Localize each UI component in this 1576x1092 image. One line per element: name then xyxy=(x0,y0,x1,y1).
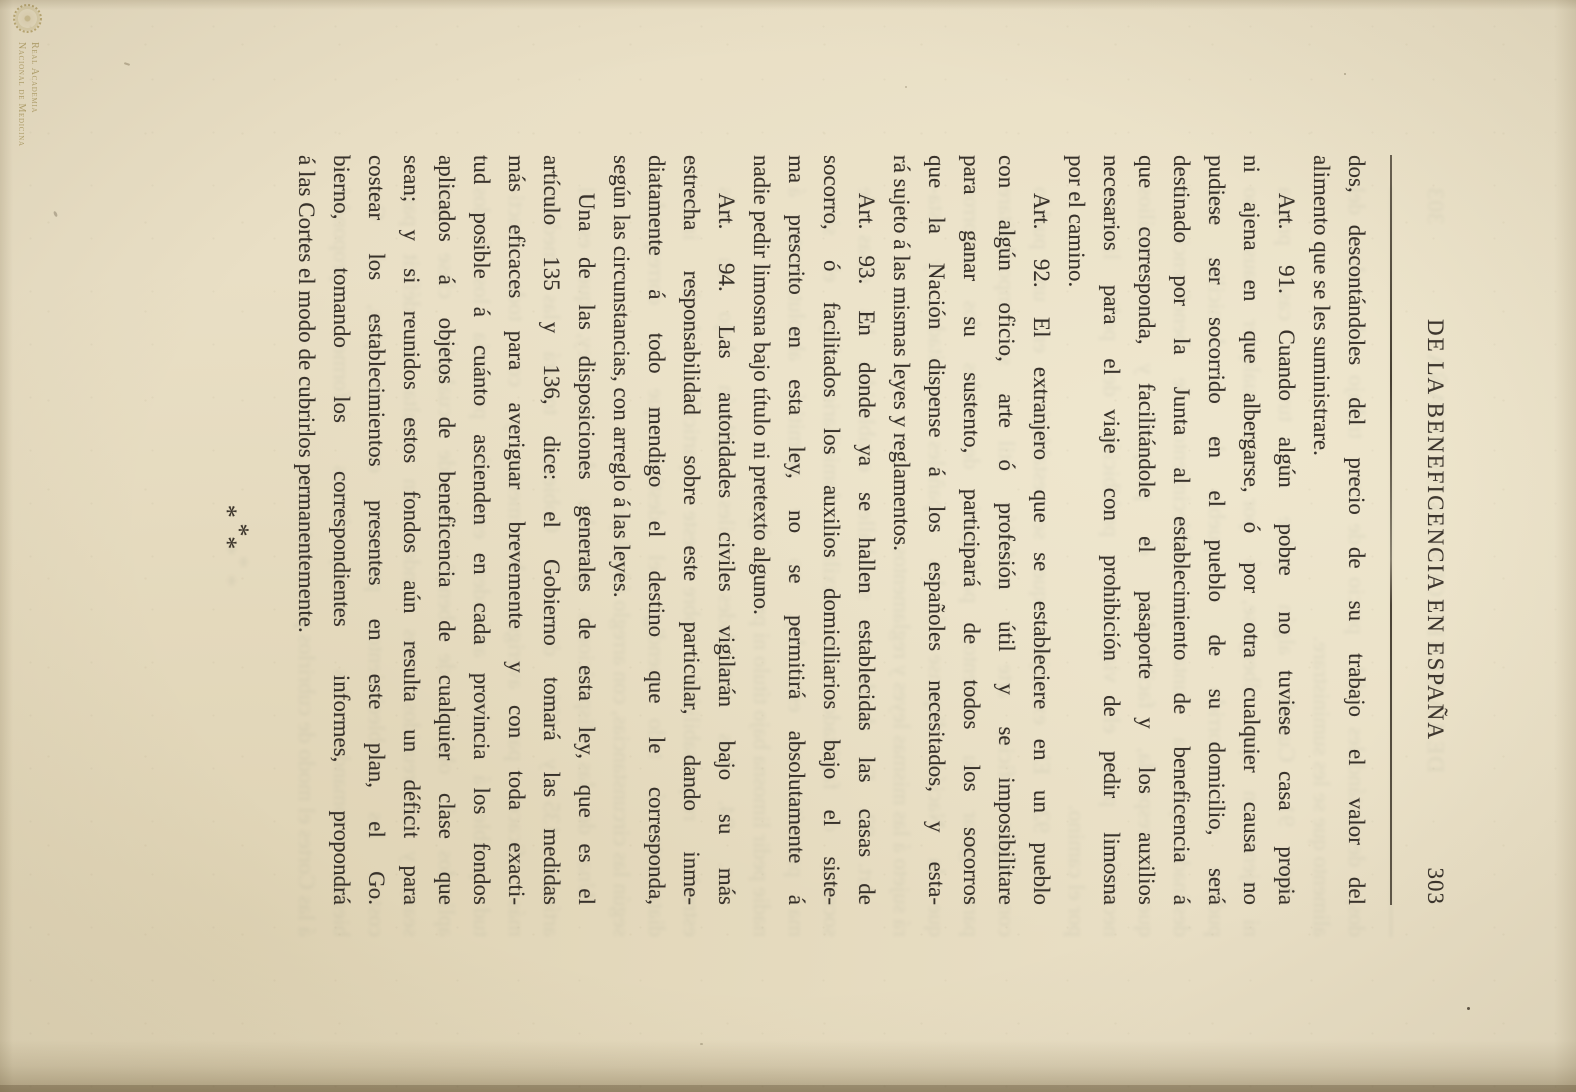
watermark-text: Real Academia Nacional de Medicina xyxy=(15,42,40,147)
watermark: Real Academia Nacional de Medicina xyxy=(13,4,42,147)
text-line: socorro, ó facilitados los auxilios domi… xyxy=(814,155,849,905)
header-rule xyxy=(1390,155,1392,905)
text-line: rá sujeto á las mismas leyes y reglament… xyxy=(884,155,919,905)
text-line: sean; y si reunidos estos fondos aún res… xyxy=(394,155,429,905)
body-text: dos, descontándoles del precio de su tra… xyxy=(222,155,1374,905)
text-line: estrecha responsabilidad sobre este part… xyxy=(674,155,709,905)
watermark-line2: Nacional de Medicina xyxy=(15,42,28,147)
page-number: 303 xyxy=(1422,868,1448,906)
text-line: según las circunstancias, con arreglo á … xyxy=(604,155,639,905)
asterism-divider: ** * xyxy=(222,155,245,905)
text-line: que la Nación dispense á los españoles n… xyxy=(919,155,954,905)
text-line: dos, descontándoles del precio de su tra… xyxy=(1339,155,1374,905)
header-title: DE LA BENEFICENCIA EN ESPAÑA xyxy=(1423,319,1448,741)
text-line: más eficaces para averiguar brevemente y… xyxy=(499,155,534,905)
text-line: Art. 92. El extranjero que se establecie… xyxy=(1024,155,1059,905)
academy-seal-icon xyxy=(13,4,42,33)
asterisk-bottom: * * xyxy=(222,155,233,905)
text-line: por el camino. xyxy=(1059,155,1094,905)
scanned-page: DE LA BENEFICENCIA EN ESPAÑA 303 dos, de… xyxy=(0,0,1576,1092)
text-line: necesarios para el viaje con prohibición… xyxy=(1094,155,1129,905)
text-line: artículo 135 y 136, dice: el Gobierno to… xyxy=(534,155,569,905)
text-line: nadie pedir limosna bajo título ni prete… xyxy=(744,155,779,905)
text-line: destinado por la Junta al establecimient… xyxy=(1164,155,1199,905)
text-line: tud posible á cuánto ascienden en cada p… xyxy=(464,155,499,905)
text-line: Una de las disposiciones generales de es… xyxy=(569,155,604,905)
text-line: pudiese ser socorrido en el pueblo de su… xyxy=(1199,155,1234,905)
text-line: que corresponda, facilitándole el pasapo… xyxy=(1129,155,1164,905)
text-line: para ganar su sustento, participará de t… xyxy=(954,155,989,905)
text-line: Art. 91. Cuando algún pobre no tuviese c… xyxy=(1269,155,1304,905)
watermark-line1: Real Academia xyxy=(28,42,41,147)
text-line: diatamente á todo mendigo el destino que… xyxy=(639,155,674,905)
text-line: á las Cortes el modo de cubrirlos perman… xyxy=(289,155,324,905)
text-line: ma prescrito en esta ley, no se permitir… xyxy=(779,155,814,905)
text-line: aplicados á objetos de beneficencia de c… xyxy=(429,155,464,905)
text-line: Art. 93. En donde ya se hallen estableci… xyxy=(849,155,884,905)
text-line: costear los establecimientos presentes e… xyxy=(359,155,394,905)
text-line: alimento que se les suministrare. xyxy=(1304,155,1339,905)
running-head: DE LA BENEFICENCIA EN ESPAÑA 303 xyxy=(1422,155,1448,905)
text-line: Art. 94. Las autoridades civiles vigilar… xyxy=(709,155,744,905)
rotated-page: DE LA BENEFICENCIA EN ESPAÑA 303 dos, de… xyxy=(0,0,1576,1092)
text-line: ni ajena en que albergarse, ó por otra c… xyxy=(1234,155,1269,905)
page-content: DE LA BENEFICENCIA EN ESPAÑA 303 dos, de… xyxy=(0,0,1576,1092)
text-line: con algún oficio, arte ó profesión útil … xyxy=(989,155,1024,905)
text-line: bierno, tomando los correspondientes inf… xyxy=(324,155,359,905)
